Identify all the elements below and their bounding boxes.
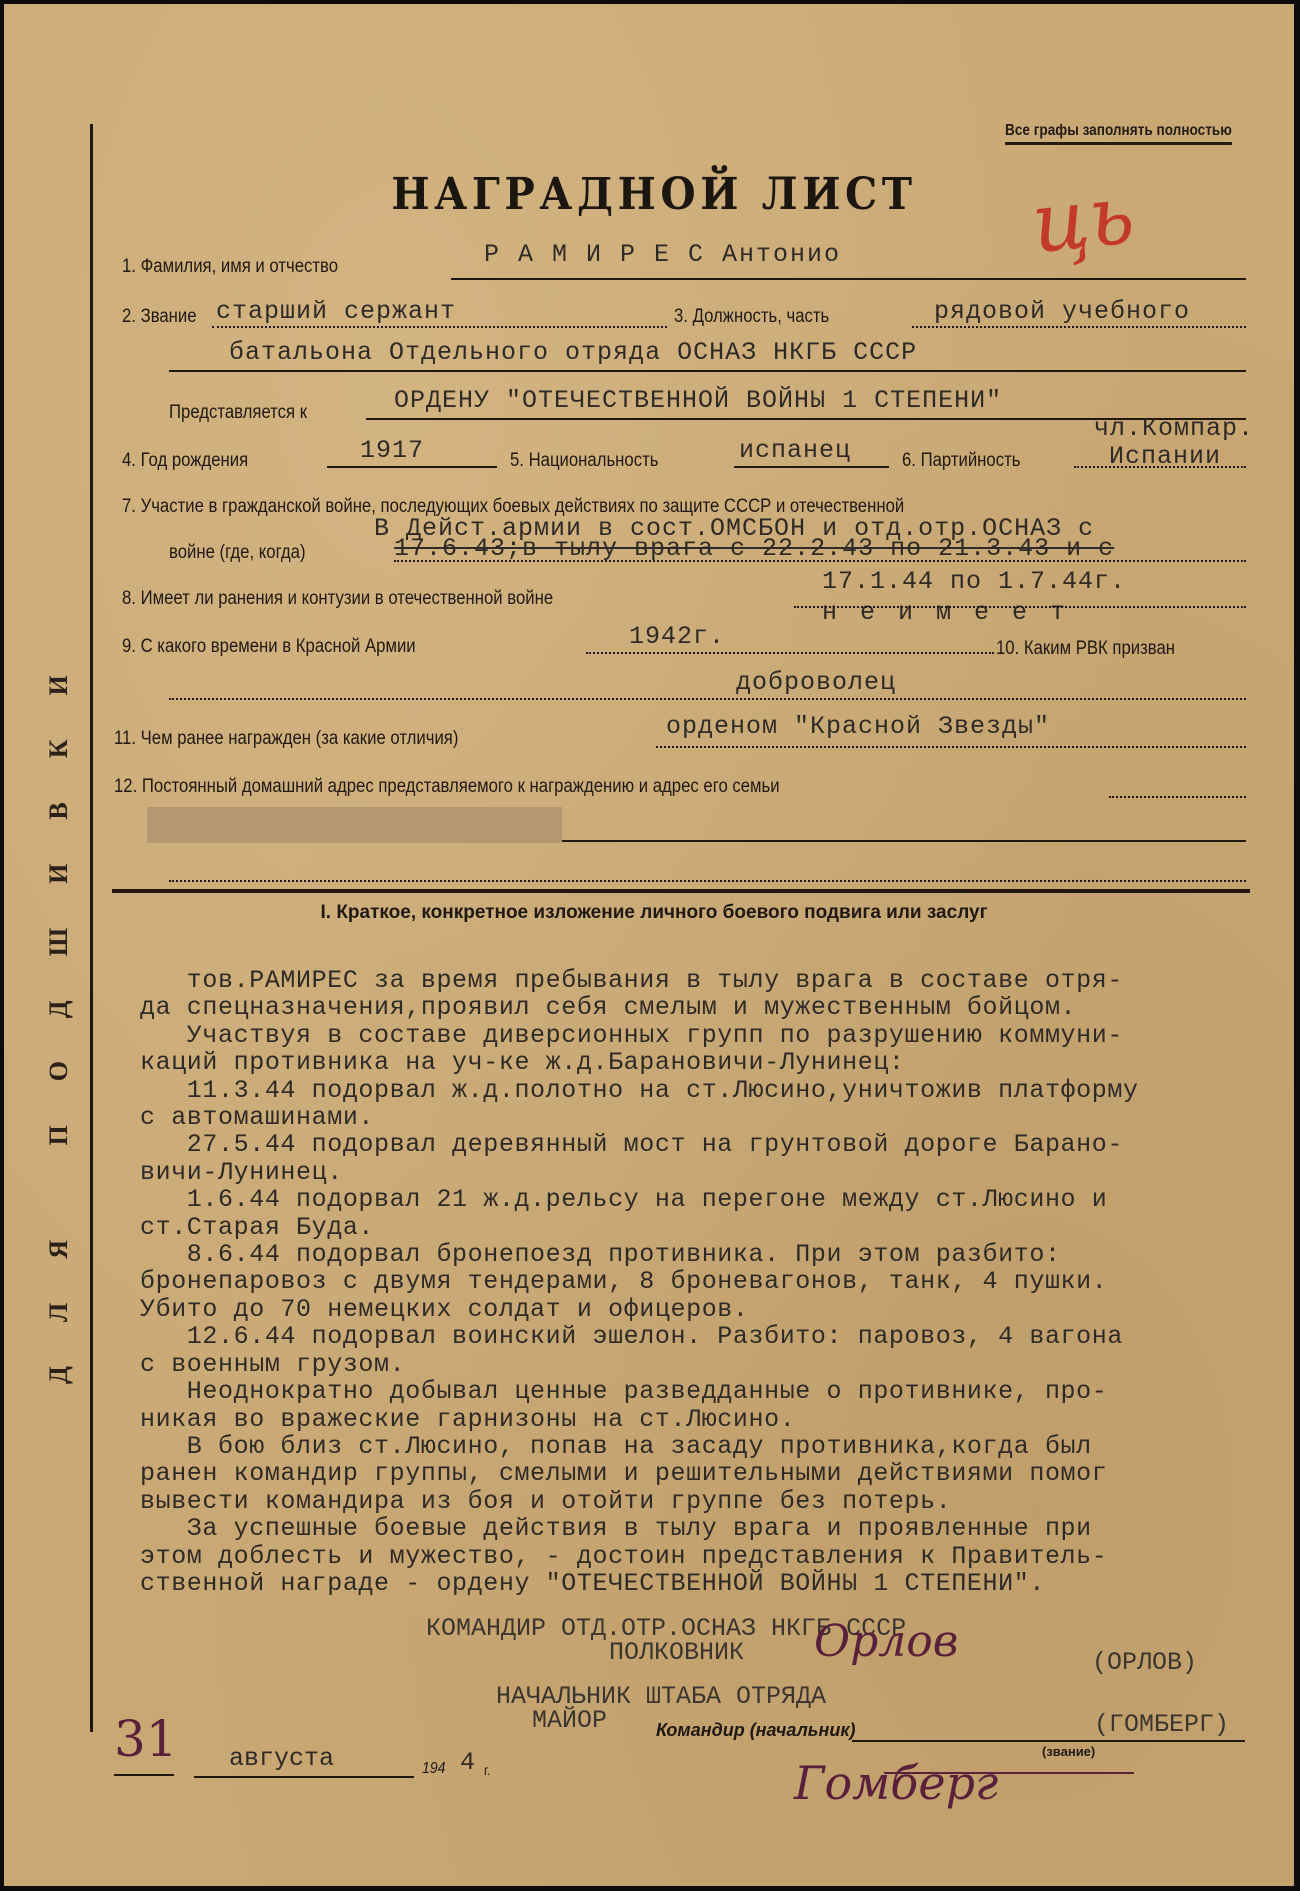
feat-line: тов.РАМИРЕС за время пребывания в тылу в… — [140, 967, 1300, 994]
rank-caption: (звание) — [1042, 1744, 1095, 1759]
field-8-label: 8. Имеет ли ранения и контузии в отечест… — [122, 588, 553, 610]
feat-description: тов.РАМИРЕС за время пребывания в тылу в… — [140, 967, 1300, 1597]
red-pencil-mark: ць — [1027, 167, 1138, 272]
feat-line: никая во вражеские гарнизоны на ст.Люсин… — [140, 1406, 1300, 1433]
feat-line: Убито до 70 немецких солдат и офицеров. — [140, 1296, 1300, 1323]
field-3-value: рядовой учебного — [934, 297, 1190, 326]
commander-name: (ОРЛОВ) — [1092, 1648, 1197, 1677]
field-5-value: испанец — [739, 436, 851, 465]
date-year-suffix: 4 — [460, 1748, 476, 1777]
commander-rank: ПОЛКОВНИК — [609, 1638, 744, 1667]
field-5-label: 5. Национальность — [510, 450, 658, 472]
date-month: августа — [229, 1744, 334, 1773]
field-6-rule — [1074, 466, 1246, 468]
feat-line: с военным грузом. — [140, 1351, 1300, 1378]
binding-margin-line — [90, 124, 93, 1732]
field-1-label: 1. Фамилия, имя и отчество — [122, 256, 338, 278]
field-1-value: Р А М И Р Е С Антонио — [484, 240, 841, 269]
field-2-value: старший сержант — [216, 297, 456, 326]
rank-rule — [852, 1740, 1245, 1742]
field-7-value-line3: 17.1.44 по 1.7.44г. — [822, 567, 1126, 596]
feat-line: 8.6.44 подорвал бронепоезд противника. П… — [140, 1241, 1300, 1268]
field-6-value-line1: чл.Компар. — [1094, 414, 1254, 443]
chief-name: (ГОМБЕРГ) — [1094, 1710, 1229, 1739]
field-12-rule-2 — [562, 840, 1246, 842]
field-1-rule — [451, 278, 1246, 280]
field-3-value-cont: батальона Отдельного отряда ОСНАЗ НКГБ С… — [229, 338, 917, 367]
field-5-rule — [734, 466, 889, 468]
field-2-rule — [212, 326, 667, 328]
field-9-rule — [586, 652, 994, 654]
feat-line: ранен командир группы, смелыми и решител… — [140, 1460, 1300, 1487]
date-day: 31 — [114, 1710, 178, 1768]
feat-line: Неоднократно добывал ценные разведданные… — [140, 1378, 1300, 1405]
field-4-label: 4. Год рождения — [122, 450, 248, 472]
printed-commander-label: Командир (начальник) — [656, 1720, 855, 1741]
field-4-value: 1917 — [360, 436, 424, 465]
field-3-label: 3. Должность, часть — [674, 306, 829, 328]
feat-line: с автомашинами. — [140, 1104, 1300, 1131]
field-10-value: доброволец — [736, 668, 896, 697]
field-12-rule — [1109, 796, 1246, 798]
section-divider — [112, 889, 1250, 893]
feat-line: этом доблесть и мужество, - достоин пред… — [140, 1543, 1300, 1570]
field-6-label: 6. Партийность — [902, 450, 1020, 472]
feat-line: 1.6.44 подорвал 21 ж.д.рельсу на перегон… — [140, 1186, 1300, 1213]
field-8-rule — [794, 606, 1246, 608]
feat-line: ственной награде - ордену "ОТЕЧЕСТВЕННОЙ… — [140, 1570, 1300, 1597]
redacted-address — [147, 807, 562, 843]
commander-signature: Орлов — [814, 1616, 958, 1667]
field-12-label: 12. Постоянный домашний адрес представля… — [114, 776, 780, 798]
field-7-label-line2: войне (где, когда) — [169, 542, 306, 564]
feat-line: каций противника на уч-ке ж.д.Барановичи… — [140, 1049, 1300, 1076]
date-month-rule — [194, 1776, 414, 1778]
feat-line: 11.3.44 подорвал ж.д.полотно на ст.Люсин… — [140, 1077, 1300, 1104]
field-4-rule — [327, 466, 497, 468]
field-11-rule — [656, 746, 1246, 748]
chief-signature: Гомберг — [794, 1756, 998, 1810]
field-10-label: 10. Каким РВК призван — [996, 638, 1175, 660]
presented-label: Представляется к — [169, 402, 307, 424]
feat-line: вичи-Лунинец. — [140, 1159, 1300, 1186]
feat-line: бронепаровоз с двумя тендерами, 8 бронев… — [140, 1268, 1300, 1295]
date-year-g: г. — [484, 1762, 490, 1778]
field-3-cont-rule — [169, 370, 1246, 372]
field-7-value-struck: 17.6.43;в тылу врага с 22.2.43 по 21.3.4… — [394, 534, 1114, 563]
feat-line: да спецназначения,проявил себя смелым и … — [140, 994, 1300, 1021]
feat-line: ст.Старая Буда. — [140, 1214, 1300, 1241]
field-2-label: 2. Звание — [122, 306, 197, 328]
field-9-value: 1942г. — [629, 622, 725, 651]
award-sheet-page: Для подшивки Все графы заполнять полност… — [4, 4, 1294, 1886]
feat-line: За успешные боевые действия в тылу врага… — [140, 1515, 1300, 1542]
binding-margin-label: Для подшивки — [44, 564, 84, 1384]
date-day-rule — [114, 1774, 174, 1776]
feat-line: Участвуя в составе диверсионных групп по… — [140, 1022, 1300, 1049]
field-9-label: 9. С какого времени в Красной Армии — [122, 636, 416, 658]
presented-value: ОРДЕНУ "ОТЕЧЕСТВЕННОЙ ВОЙНЫ 1 СТЕПЕНИ" — [394, 386, 1002, 415]
feat-line: 27.5.44 подорвал деревянный мост на грун… — [140, 1131, 1300, 1158]
field-11-value: орденом "Красной Звезды" — [666, 712, 1050, 741]
signature-stroke — [884, 1772, 1134, 1774]
field-12-rule-3 — [169, 880, 1246, 882]
feat-line: В бою близ ст.Люсино, попав на засаду пр… — [140, 1433, 1300, 1460]
fill-instruction: Все графы заполнять полностью — [1005, 122, 1232, 145]
date-year-prefix: 194 — [422, 1760, 445, 1778]
feat-line: вывести командира из боя и отойти группе… — [140, 1488, 1300, 1515]
chief-rank: МАЙОР — [532, 1706, 607, 1735]
field-11-label: 11. Чем ранее награжден (за какие отличи… — [114, 728, 458, 750]
field-7-rule — [394, 560, 1246, 562]
section-heading: I. Краткое, конкретное изложение личного… — [4, 902, 1300, 924]
feat-line: 12.6.44 подорвал воинский эшелон. Разбит… — [140, 1323, 1300, 1350]
field-8-value: н е и м е е т — [822, 598, 1069, 627]
field-3-rule — [912, 326, 1246, 328]
field-10-rule — [169, 698, 1246, 700]
